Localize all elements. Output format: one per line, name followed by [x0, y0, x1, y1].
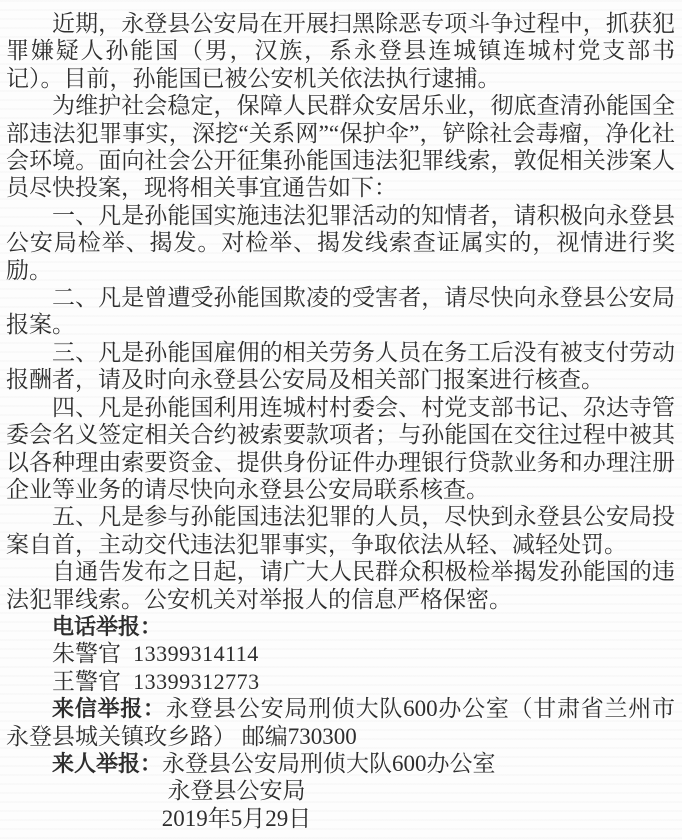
letter-report-label: 来信举报： — [52, 696, 166, 721]
visit-report-address: 永登县公安局刑侦大队600办公室 — [162, 751, 496, 776]
notice-paragraph-closing: 自通告发布之日起，请广大人民群众积极检举揭发孙能国的违法犯罪线索。公安机关对举报… — [6, 558, 675, 613]
officer-phone-number: 13399314114 — [133, 641, 259, 666]
signature-issuer: 永登县公安局 — [154, 777, 319, 804]
visit-report-label: 来人举报： — [52, 751, 162, 776]
notice-item-4: 四、凡是孙能国利用连城村村委会、村党支部书记、尕达寺管委会名义签定相关合约被索要… — [6, 394, 675, 504]
signature-date: 2019年5月29日 — [154, 805, 319, 832]
notice-item-3: 三、凡是孙能国雇佣的相关劳务人员在务工后没有被支付劳动报酬者，请及时向永登县公安… — [6, 339, 675, 394]
phone-report-label: 电话举报： — [52, 614, 162, 639]
officer-name: 王警官 — [52, 669, 121, 694]
notice-document: 近期，永登县公安局在开展扫黑除恶专项斗争过程中，抓获犯罪嫌疑人孙能国（男，汉族，… — [0, 0, 682, 840]
notice-paragraph-purpose: 为维护社会稳定，保障人民群众安居乐业，彻底查清孙能国全部违法犯罪事实，深挖“关系… — [6, 92, 675, 202]
notice-item-1: 一、凡是孙能国实施违法犯罪活动的知情者，请积极向永登县公安局检举、揭发。对检举、… — [6, 202, 675, 284]
notice-item-5: 五、凡是参与孙能国违法犯罪的人员，尽快到永登县公安局投案自首，主动交代违法犯罪事… — [6, 503, 675, 558]
phone-report-heading: 电话举报： — [6, 613, 675, 640]
visit-report-line: 来人举报：永登县公安局刑侦大队600办公室 — [6, 750, 675, 777]
notice-item-2: 二、凡是曾遭受孙能国欺凌的受害者，请尽快向永登县公安局报案。 — [6, 284, 675, 339]
phone-contact-row: 朱警官13399314114 — [6, 640, 675, 667]
letter-report-line: 来信举报：永登县公安局刑侦大队600办公室（甘肃省兰州市永登县城关镇玫乡路） 邮… — [6, 695, 675, 750]
officer-name: 朱警官 — [52, 641, 121, 666]
notice-paragraph-intro: 近期，永登县公安局在开展扫黑除恶专项斗争过程中，抓获犯罪嫌疑人孙能国（男，汉族，… — [6, 10, 675, 92]
phone-contact-row: 王警官13399312773 — [6, 668, 675, 695]
officer-phone-number: 13399312773 — [133, 669, 260, 694]
signature-block: 永登县公安局 2019年5月29日 — [154, 777, 319, 832]
